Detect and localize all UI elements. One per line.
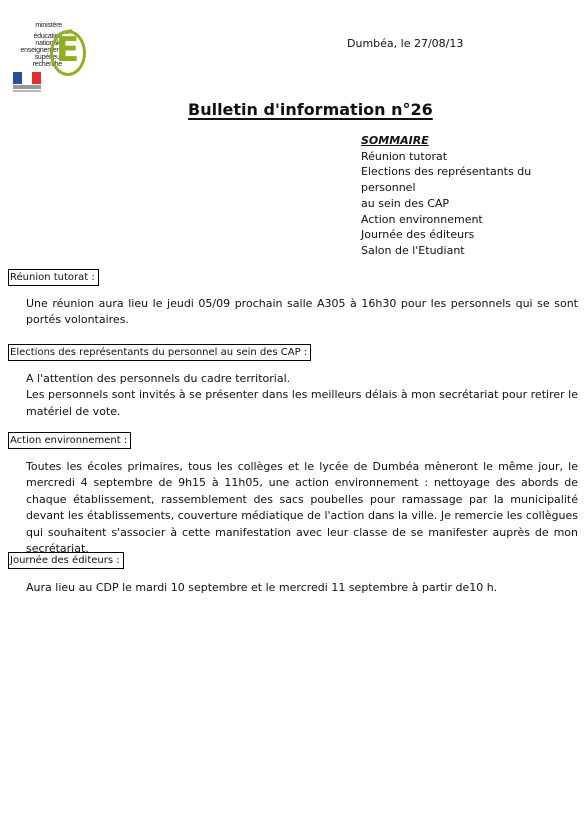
republique-francaise-flag-icon	[13, 72, 41, 84]
date-line: Dumbéa, le 27/08/13	[347, 37, 463, 50]
paragraph: Une réunion aura lieu le jeudi 05/09 pro…	[26, 296, 578, 329]
logo-letter: É	[56, 30, 79, 70]
paragraph: Aura lieu au CDP le mardi 10 septembre e…	[26, 580, 578, 596]
toc-item: au sein des CAP	[361, 196, 586, 212]
toc-item: Réunion tutorat	[361, 149, 586, 165]
paragraph: Les personnels sont invités à se présent…	[26, 387, 578, 420]
page-title: Bulletin d'information n°26	[188, 100, 433, 119]
section-heading-action-environnement: Action environnement :	[8, 432, 131, 449]
section-heading-elections: Elections des représentants du personnel…	[8, 344, 311, 361]
section-heading-journee-editeurs: Journée des éditeurs :	[8, 552, 124, 569]
toc-item: Elections des représentants du personnel	[361, 164, 586, 195]
paragraph: A l'attention des personnels du cadre te…	[26, 371, 578, 387]
section-heading-reunion-tutorat: Réunion tutorat :	[8, 269, 99, 286]
paragraph: Toutes les écoles primaires, tous les co…	[26, 459, 578, 557]
toc-item: Salon de l'Etudiant	[361, 243, 586, 259]
toc-item: Action environnement	[361, 212, 586, 228]
flag-caption	[13, 85, 41, 89]
section-body-journee-editeurs: Aura lieu au CDP le mardi 10 septembre e…	[26, 580, 578, 596]
logo-line: ministère	[12, 22, 62, 29]
toc-item: Journée des éditeurs	[361, 227, 586, 243]
flag-caption	[13, 90, 41, 92]
section-body-elections: A l'attention des personnels du cadre te…	[26, 371, 578, 420]
section-body-reunion-tutorat: Une réunion aura lieu le jeudi 05/09 pro…	[26, 296, 578, 329]
toc-heading: SOMMAIRE	[361, 133, 586, 149]
section-body-action-environnement: Toutes les écoles primaires, tous les co…	[26, 459, 578, 557]
table-of-contents: SOMMAIRE Réunion tutorat Elections des r…	[361, 133, 586, 259]
